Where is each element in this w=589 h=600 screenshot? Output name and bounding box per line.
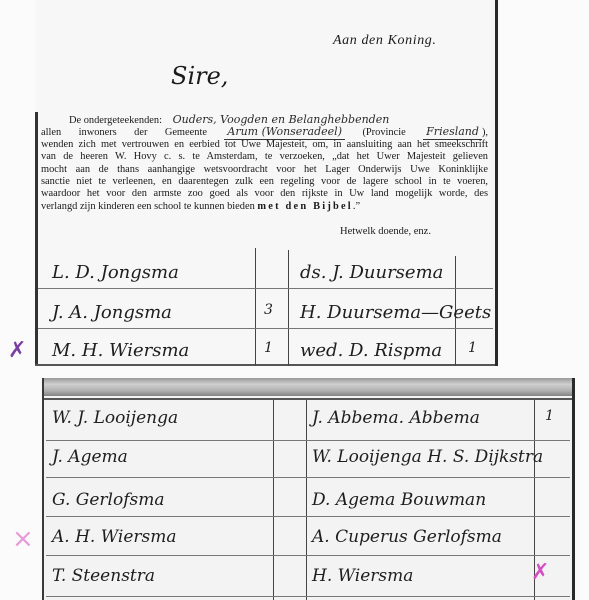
- body-line-2: allen inwoners der Gemeente Arum (Wonser…: [41, 126, 488, 138]
- column-divider: [255, 248, 256, 366]
- column-divider: [288, 250, 289, 366]
- heading-addressee: Aan den Koning.: [333, 33, 437, 49]
- magenta-x-mark-icon: ✗: [531, 562, 549, 584]
- row-rule: [38, 288, 493, 289]
- top-signature-right: ds. J. Duursema: [300, 262, 443, 283]
- bottom-signature-right: H. Wiersma: [312, 566, 413, 586]
- bottom-signature-left: A. H. Wiersma: [52, 527, 177, 547]
- salutation: Sire,: [171, 62, 228, 90]
- top-signature-left: M. H. Wiersma: [52, 340, 189, 361]
- top-signature-right: H. Duursema—Geets: [300, 302, 491, 323]
- top-signature-right: wed. D. Rispma: [300, 340, 442, 361]
- top-count-left: 1: [264, 340, 273, 356]
- row-rule: [46, 477, 570, 478]
- bottom-count-right: 1: [545, 408, 554, 424]
- top-signature-left: L. D. Jongsma: [52, 262, 179, 283]
- bottom-signature-right: W. Looijenga H. S. Dijkstra: [312, 447, 543, 467]
- handwritten-province: Friesland: [423, 126, 482, 139]
- body-line-8: verlangd zijn kinderen een school te kun…: [41, 201, 488, 213]
- bottom-signature-left: T. Steenstra: [52, 566, 155, 586]
- row-rule: [38, 328, 493, 329]
- row-rule: [46, 440, 570, 441]
- body-line-4: van de heeren W. Hovy c. s. te Amsterdam…: [41, 151, 488, 163]
- body-line-7: waardoor het voor den armste zoo goed al…: [41, 188, 488, 200]
- top-signature-left: J. A. Jongsma: [52, 302, 172, 323]
- column-divider: [306, 400, 307, 600]
- pink-x-mark-icon: ×: [12, 526, 34, 552]
- top-count-left: 3: [264, 302, 273, 318]
- body-line-6: sanctie niet te verleenen, en daarentege…: [41, 176, 488, 188]
- top-count-right: 1: [468, 340, 477, 356]
- body-line-3: wenden zich met vertrouwen en eerbied to…: [41, 139, 488, 151]
- petition-body: De ondergeteekenden: Ouders, Voogden en …: [41, 114, 488, 213]
- row-rule: [46, 555, 570, 556]
- bottom-signature-right: D. Agema Bouwman: [312, 490, 486, 510]
- column-divider: [273, 400, 274, 600]
- bottom-signature-right: A. Cuperus Gerlofsma: [312, 527, 502, 547]
- bottom-signature-left: G. Gerlofsma: [52, 490, 165, 510]
- closing-formula: Hetwelk doende, enz.: [340, 226, 431, 237]
- body-line-5: mocht aan de thans aanhangige wetsvoordr…: [41, 164, 488, 176]
- emphasis-met-den-bijbel: met den Bijbel: [257, 201, 352, 212]
- scan-shadow-band: [44, 378, 572, 396]
- handwritten-municipality: Arum (Wonseradeel): [224, 126, 345, 139]
- bottom-signature-right: J. Abbema. Abbema: [312, 408, 480, 428]
- bottom-signature-left: J. Agema: [52, 447, 128, 467]
- handwritten-petitioners: Ouders, Voogden en Belanghebbenden: [173, 113, 390, 126]
- row-rule: [46, 596, 570, 597]
- row-rule: [46, 516, 570, 517]
- bottom-signature-left: W. J. Looijenga: [52, 408, 178, 428]
- purple-x-mark-icon: ✗: [8, 340, 26, 362]
